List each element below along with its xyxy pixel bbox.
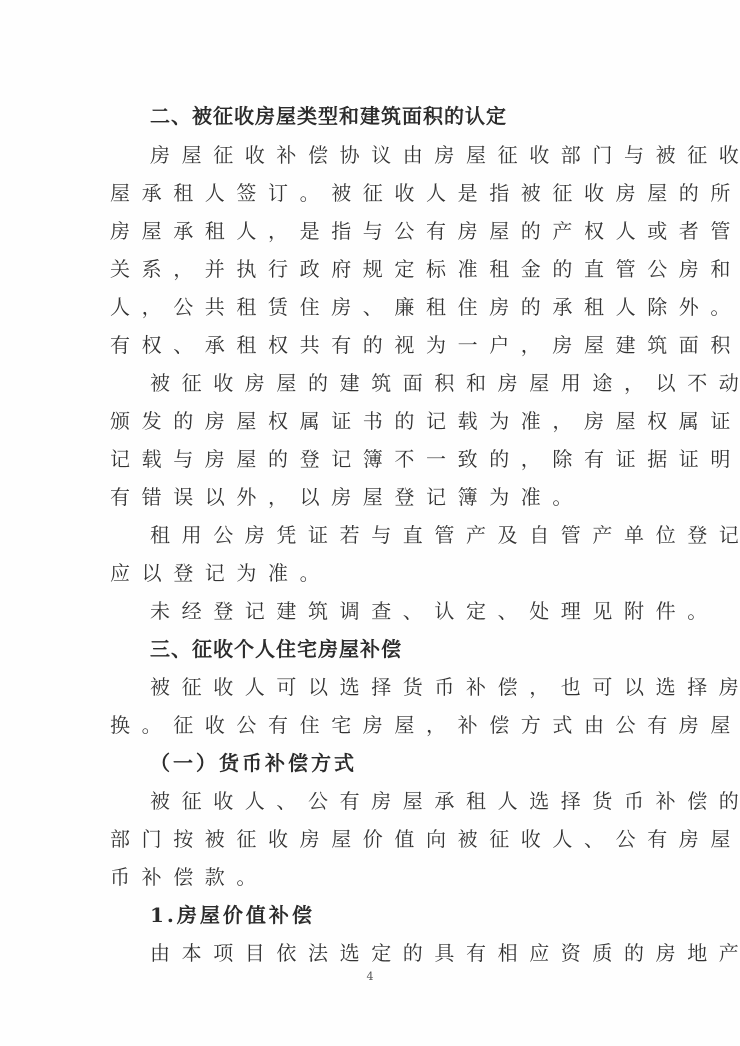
paragraph-line: 被征收人可以选择货币补偿，也可以选择房屋产权调 bbox=[150, 668, 630, 706]
section-3-heading: 三、征收个人住宅房屋补偿 bbox=[150, 630, 630, 668]
paragraph-line: 颁发的房屋权属证书的记载为准，房屋权属证书未记载或者 bbox=[110, 402, 630, 440]
paragraph-line: 币补偿款。 bbox=[110, 858, 630, 896]
paragraph-line: 被征收人、公有房屋承租人选择货币补偿的，房屋征收 bbox=[150, 782, 630, 820]
page-number: 4 bbox=[360, 970, 380, 983]
subsection-1-heading: （一）货币补偿方式 bbox=[150, 744, 630, 782]
paragraph-line: 未经登记建筑调查、认定、处理见附件。 bbox=[150, 592, 630, 630]
paragraph-line: 房屋承租人，是指与公有房屋的产权人或者管理人建立租赁 bbox=[110, 212, 630, 250]
paragraph-line: 屋承租人签订。被征收人是指被征收房屋的所有权人；公有 bbox=[110, 174, 630, 212]
paragraph-line: 租用公房凭证若与直管产及自管产单位登记不一致的， bbox=[150, 516, 630, 554]
paragraph-line: 被征收房屋的建筑面积和房屋用途，以不动产登记机构 bbox=[150, 364, 630, 402]
paragraph-line: 应以登记为准。 bbox=[110, 554, 630, 592]
item-1-heading: 1.房屋价值补偿 bbox=[150, 896, 630, 934]
paragraph-line: 由本项目依法选定的具有相应资质的房地产价格评估 bbox=[150, 934, 630, 972]
paragraph-line: 有权、承租权共有的视为一户，房屋建筑面积合并计算。 bbox=[110, 326, 630, 364]
section-2-heading: 二、被征收房屋类型和建筑面积的认定 bbox=[150, 97, 630, 135]
paragraph-line: 有错误以外，以房屋登记簿为准。 bbox=[110, 478, 630, 516]
paragraph-line: 人，公共租赁住房、廉租住房的承租人除外。涉及到房屋所 bbox=[110, 288, 630, 326]
paragraph-line: 房屋征收补偿协议由房屋征收部门与被征收人、公有房 bbox=[150, 136, 630, 174]
paragraph-line: 关系，并执行政府规定标准租金的直管公房和自管公房承租 bbox=[110, 250, 630, 288]
document-page: 二、被征收房屋类型和建筑面积的认定 房屋征收补偿协议由房屋征收部门与被征收人、公… bbox=[0, 0, 740, 1046]
paragraph-line: 记载与房屋的登记簿不一致的，除有证据证明房屋登记簿确 bbox=[110, 440, 630, 478]
paragraph-line: 换。征收公有住宅房屋，补偿方式由公有房屋承租人选择。 bbox=[110, 706, 630, 744]
paragraph-line: 部门按被征收房屋价值向被征收人、公有房屋承租人支付货 bbox=[110, 820, 630, 858]
